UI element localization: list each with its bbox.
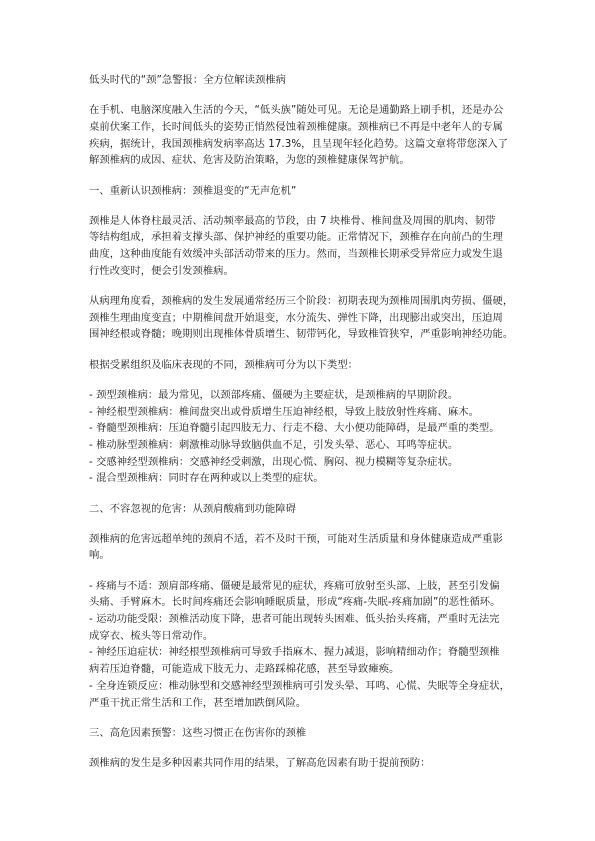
- list-item: - 神经根型颈椎病：椎间盘突出或骨质增生压迫神经根，导致上肢放射性疼痛、麻木。: [89, 404, 509, 421]
- intro-line: 在手机、电脑深度融入生活的今天，“低头族”随处可见。无论是通勤路上刷手机，还是办…: [89, 102, 509, 119]
- harms-list: - 疼痛与不适：颈肩部疼痛、僵硬是最常见的症状，疼痛可放射至头部、上肢，甚至引发…: [89, 578, 509, 712]
- paragraph-line: 颈椎生理曲度变直；中期椎间盘开始退变，水分流失、弹性下降，出现膨出或突出，压迫周: [89, 310, 509, 327]
- intro-line: 桌前伏案工作，长时间低头的姿势正悄然侵蚀着颈椎健康。颈椎病已不再是中老年人的专属: [89, 119, 509, 136]
- paragraph-line: 颈椎病的发生是多种因素共同作用的结果，了解高危因素有助于提前预防：: [89, 755, 509, 772]
- list-item: - 脊髓型颈椎病：压迫脊髓引起四肢无力、行走不稳、大小便功能障碍，是最严重的类型…: [89, 420, 509, 437]
- list-item-line: - 全身连锁反应：椎动脉型和交感神经型颈椎病可引发头晕、耳鸣、心慌、失眠等全身症…: [89, 678, 509, 695]
- list-item: - 交感神经型颈椎病：交感神经受刺激，出现心慌、胸闷、视力模糊等复杂症状。: [89, 454, 509, 471]
- section1-heading: 一、重新认识颈椎病：颈椎退变的“无声危机”: [89, 183, 509, 200]
- list-item-line: - 运动功能受限：颈椎活动度下降，患者可能出现转头困难、低头抬头疼痛，严重时无法…: [89, 611, 509, 628]
- section1-paragraph-3: 根据受累组织及临床表现的不同，颈椎病可分为以下类型：: [89, 357, 509, 374]
- paragraph-line: 颈椎是人体脊柱最灵活、活动频率最高的节段，由 7 块椎骨、椎间盘及周围的肌肉、韧…: [89, 213, 509, 230]
- list-item-line: 病若压迫脊髓，可能造成下肢无力、走路踩棉花感，甚至导致瘫痪。: [89, 661, 509, 678]
- list-item-line: 严重干扰正常生活和工作，甚至增加跌倒风险。: [89, 695, 509, 712]
- section-heading-text: 三、高危因素预警：这些习惯正在伤害你的颈椎: [89, 725, 509, 742]
- paragraph-line: 根据受累组织及临床表现的不同，颈椎病可分为以下类型：: [89, 357, 509, 374]
- section1-paragraph-1: 颈椎是人体脊柱最灵活、活动频率最高的节段，由 7 块椎骨、椎间盘及周围的肌肉、韧…: [89, 213, 509, 280]
- cervical-types-list: - 颈型颈椎病：最为常见，以颈部疼痛、僵硬为主要症状，是颈椎病的早期阶段。 - …: [89, 387, 509, 487]
- list-item: - 颈型颈椎病：最为常见，以颈部疼痛、僵硬为主要症状，是颈椎病的早期阶段。: [89, 387, 509, 404]
- list-item: - 混合型颈椎病：同时存在两种或以上类型的症状。: [89, 470, 509, 487]
- intro-line: 疾病，据统计，我国颈椎病发病率高达 17.3%，且呈现年轻化趋势。这篇文章将带您…: [89, 136, 509, 153]
- list-item: - 椎动脉型颈椎病：刺激椎动脉导致脑供血不足，引发头晕、恶心、耳鸣等症状。: [89, 437, 509, 454]
- paragraph-line: 行性改变时，便会引发颈椎病。: [89, 263, 509, 280]
- section3-heading: 三、高危因素预警：这些习惯正在伤害你的颈椎: [89, 725, 509, 742]
- list-item-line: 成穿衣、梳头等日常动作。: [89, 628, 509, 645]
- paragraph-line: 从病理角度看，颈椎病的发生发展通常经历三个阶段：初期表现为颈椎周围肌肉劳损、僵硬…: [89, 293, 509, 310]
- intro-line: 解颈椎病的成因、症状、危害及防治策略，为您的颈椎健康保驾护航。: [89, 152, 509, 169]
- section3-paragraph-1: 颈椎病的发生是多种因素共同作用的结果，了解高危因素有助于提前预防：: [89, 755, 509, 772]
- list-item-line: - 神经压迫症状：神经根型颈椎病可导致手指麻木、握力减退，影响精细动作；脊髓型颈…: [89, 644, 509, 661]
- paragraph-line: 曲度，这种曲度能有效缓冲头部活动带来的压力。然而，当颈椎长期承受异常应力或发生退: [89, 246, 509, 263]
- title-text: 低头时代的“颈”急警报：全方位解读颈椎病: [89, 72, 509, 89]
- paragraph-line: 颈椎病的危害远超单纯的颈肩不适，若不及时干预，可能对生活质量和身体健康造成严重影: [89, 531, 509, 548]
- section2-heading: 二、不容忽视的危害：从颈肩酸痛到功能障碍: [89, 501, 509, 518]
- paragraph-line: 围神经根或脊髓；晚期则出现椎体骨质增生、韧带钙化，导致椎管狭窄，严重影响神经功能…: [89, 326, 509, 343]
- section1-paragraph-2: 从病理角度看，颈椎病的发生发展通常经历三个阶段：初期表现为颈椎周围肌肉劳损、僵硬…: [89, 293, 509, 343]
- section2-paragraph-1: 颈椎病的危害远超单纯的颈肩不适，若不及时干预，可能对生活质量和身体健康造成严重影…: [89, 531, 509, 564]
- section-heading-text: 一、重新认识颈椎病：颈椎退变的“无声危机”: [89, 183, 509, 200]
- paragraph-line: 响。: [89, 547, 509, 564]
- intro-paragraph: 在手机、电脑深度融入生活的今天，“低头族”随处可见。无论是通勤路上刷手机，还是办…: [89, 102, 509, 169]
- paragraph-line: 等结构组成，承担着支撑头部、保护神经的重要功能。正常情况下，颈椎存在向前凸的生理: [89, 229, 509, 246]
- document-title: 低头时代的“颈”急警报：全方位解读颈椎病: [89, 72, 509, 89]
- section-heading-text: 二、不容忽视的危害：从颈肩酸痛到功能障碍: [89, 501, 509, 518]
- document-page: 低头时代的“颈”急警报：全方位解读颈椎病 在手机、电脑深度融入生活的今天，“低头…: [89, 72, 509, 785]
- list-item-line: 头痛、手臂麻木。长时间疼痛还会影响睡眠质量，形成“疼痛-失眠-疼痛加剧”的恶性循…: [89, 594, 509, 611]
- list-item-line: - 疼痛与不适：颈肩部疼痛、僵硬是最常见的症状，疼痛可放射至头部、上肢，甚至引发…: [89, 578, 509, 595]
